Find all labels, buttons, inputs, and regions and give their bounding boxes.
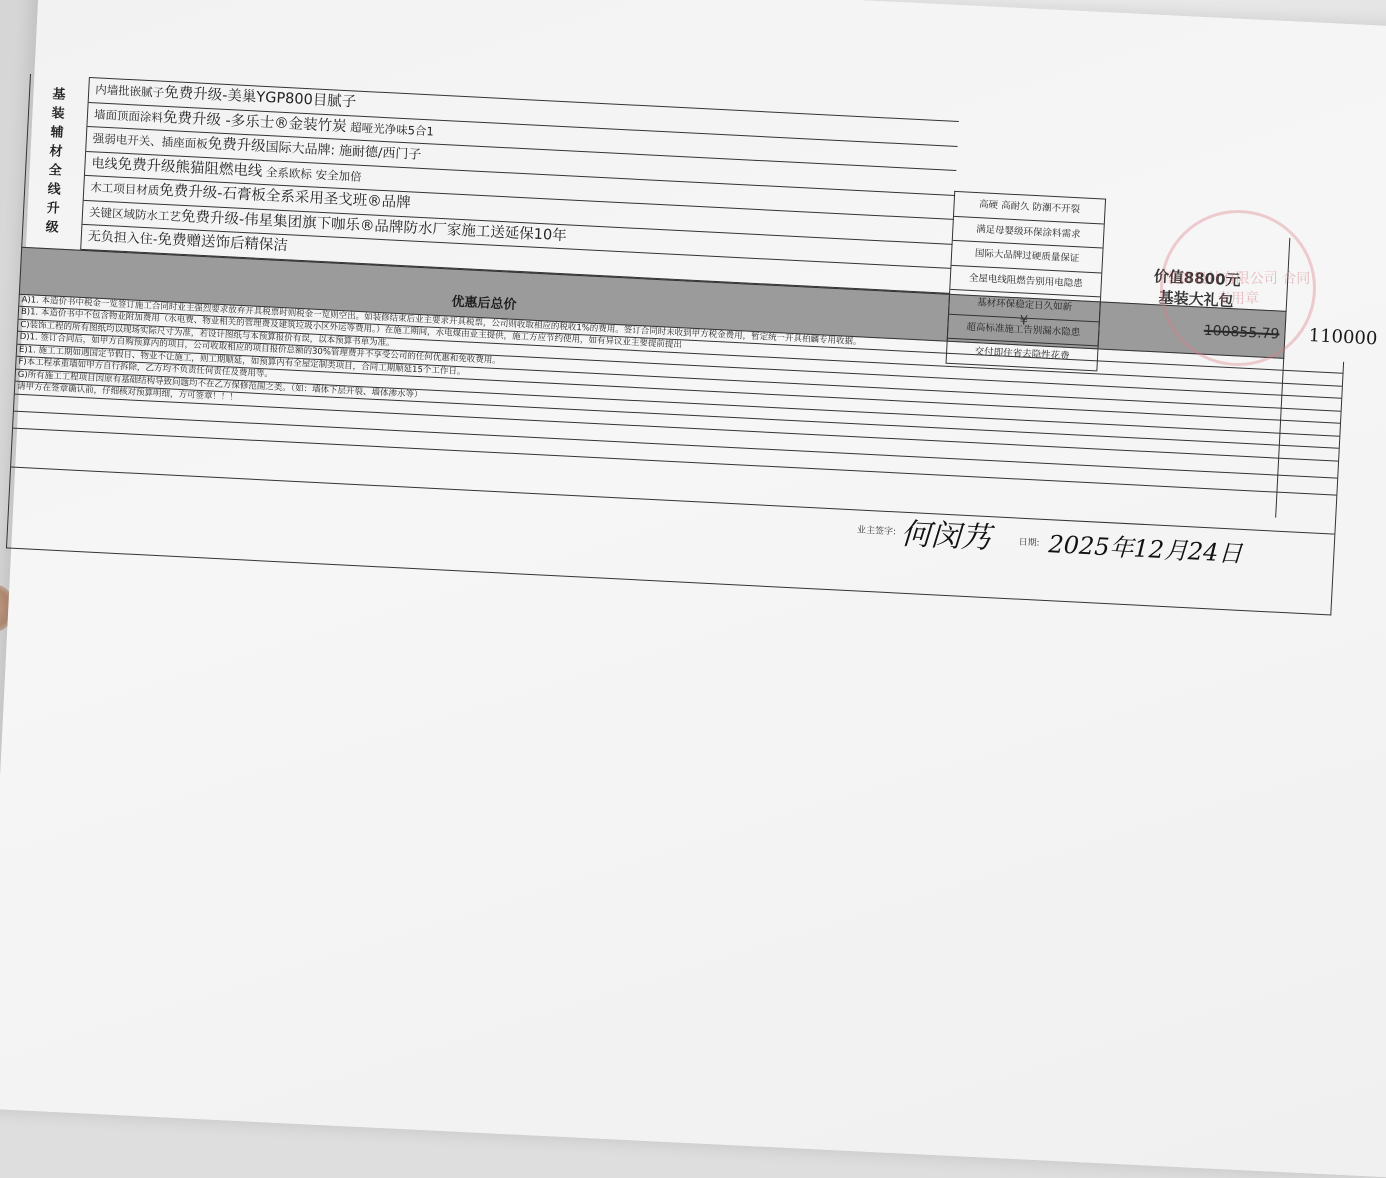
benefits-column: 高硬 高耐久 防潮不开裂 满足母婴级环保涂料需求 国际大品牌过硬质量保证 全屋电…: [946, 191, 1107, 371]
upgrade-side-label: 基 装 辅 材 全 线 升 级: [22, 74, 90, 249]
side-label-char: 辅: [50, 123, 64, 143]
side-label-char: 全: [48, 161, 62, 181]
owner-signature-label: 业主签字:: [857, 522, 897, 537]
side-label-char: 线: [47, 180, 61, 200]
owner-signature: 何闵艿: [900, 508, 992, 556]
original-amount-struck: 100855.79: [1203, 322, 1279, 342]
side-label-char: 级: [45, 218, 59, 238]
quotation-sheet: 基 装 辅 材 全 线 升 级 内墙批嵌腻子免费升级-美巢YGP800目腻子 墙…: [6, 74, 1363, 615]
side-label-char: 材: [49, 142, 63, 162]
handwritten-date: 2025年12月24日: [1048, 524, 1244, 569]
side-label-char: 装: [51, 104, 65, 124]
date-label: 日期:: [1018, 534, 1040, 548]
side-label-char: 升: [46, 199, 60, 219]
side-label-char: 基: [52, 85, 66, 105]
total-amount-cell: 100855.79 110000: [1099, 302, 1287, 357]
handwritten-amount: 110000: [1308, 325, 1378, 349]
